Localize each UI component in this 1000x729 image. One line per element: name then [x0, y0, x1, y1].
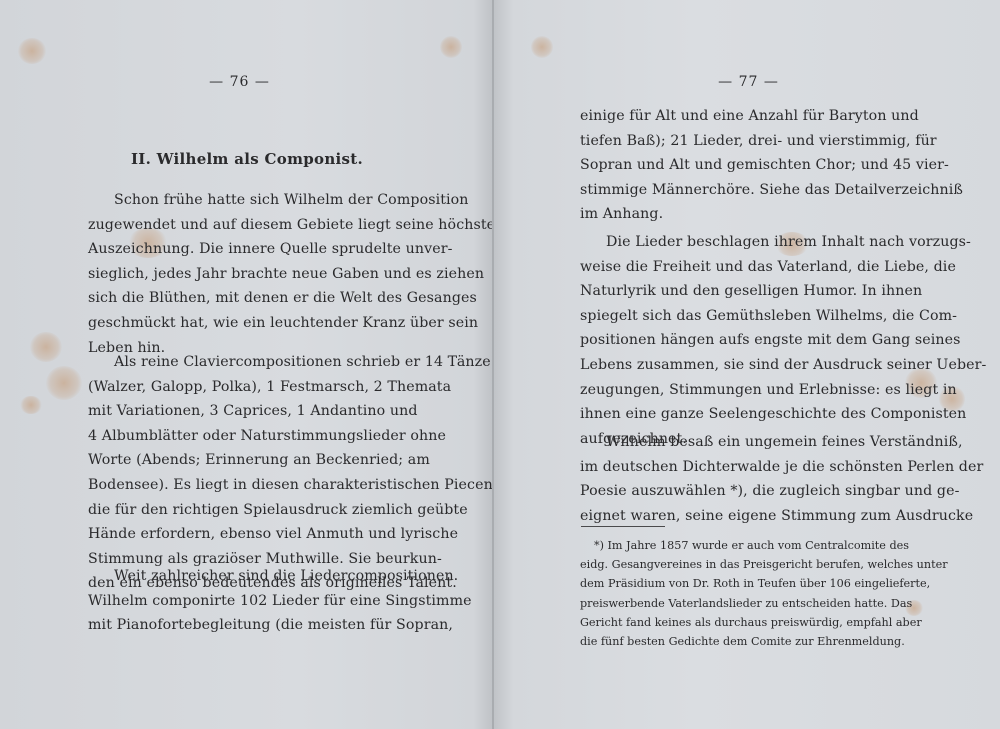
text-line: Sopran und Alt und gemischten Chor; und … — [580, 153, 900, 178]
page-number: — 77 — — [493, 74, 1000, 90]
paragraph: Als reine Claviercompositionen schrieb e… — [88, 350, 406, 596]
text-line: ihnen eine ganze Seelengeschichte des Co… — [580, 402, 900, 427]
text-line: Poesie auszuwählen *), die zugleich sing… — [580, 479, 900, 504]
foxing-stain — [18, 38, 46, 64]
text-line: sich die Blüthen, mit denen er die Welt … — [88, 286, 406, 311]
text-line: spiegelt sich das Gemüthsleben Wilhelms,… — [580, 304, 900, 329]
book-gutter — [492, 0, 494, 729]
text-line: Wilhelm besaß ein ungemein feines Verstä… — [580, 430, 900, 455]
text-line: Die Lieder beschlagen ihrem Inhalt nach … — [580, 230, 900, 255]
chapter-heading: II. Wilhelm als Componist. — [88, 150, 406, 168]
text-line: tiefen Baß); 21 Lieder, drei- und vierst… — [580, 129, 900, 154]
footnote: *) Im Jahre 1857 wurde er auch vom Centr… — [580, 536, 902, 651]
footnote-line: Gericht fand keines als durchaus preiswü… — [580, 613, 902, 632]
paragraph: Die Lieder beschlagen ihrem Inhalt nach … — [580, 230, 900, 451]
paragraph: Wilhelm besaß ein ungemein feines Verstä… — [580, 430, 900, 528]
foxing-stain — [30, 332, 62, 362]
text-line: Weit zahlreicher sind die Liedercomposit… — [88, 564, 406, 589]
foxing-stain — [531, 36, 553, 58]
text-line: Als reine Claviercompositionen schrieb e… — [88, 350, 406, 375]
footnote-line: *) Im Jahre 1857 wurde er auch vom Centr… — [580, 536, 902, 555]
paragraph: Schon frühe hatte sich Wilhelm der Compo… — [88, 188, 406, 360]
text-line: im Anhang. — [580, 202, 900, 227]
text-line: zeugungen, Stimmungen und Erlebnisse: es… — [580, 378, 900, 403]
text-line: sieglich, jedes Jahr brachte neue Gaben … — [88, 262, 406, 287]
foxing-stain — [20, 396, 42, 414]
footnote-line: dem Präsidium von Dr. Roth in Teufen übe… — [580, 574, 902, 593]
text-line: mit Pianofortebegleitung (die meisten fü… — [88, 613, 406, 638]
text-line: Naturlyrik und den geselligen Humor. In … — [580, 279, 900, 304]
right-page: — 77 — einige für Alt und eine Anzahl fü… — [493, 0, 1000, 729]
text-line: eignet waren, seine eigene Stimmung zum … — [580, 504, 900, 529]
text-line: im deutschen Dichterwalde je die schönst… — [580, 455, 900, 480]
text-line: (Walzer, Galopp, Polka), 1 Festmarsch, 2… — [88, 375, 406, 400]
paragraph: Weit zahlreicher sind die Liedercomposit… — [88, 564, 406, 638]
text-line: die für den richtigen Spielausdruck ziem… — [88, 498, 406, 523]
text-line: Wilhelm componirte 102 Lieder für eine S… — [88, 589, 406, 614]
text-line: geschmückt hat, wie ein leuchtender Kran… — [88, 311, 406, 336]
footnote-line: preiswerbende Vaterlandslieder zu entsch… — [580, 594, 902, 613]
footnote-line: eidg. Gesangvereines in das Preisgericht… — [580, 555, 902, 574]
foxing-stain — [46, 366, 82, 400]
book-spread: — 76 — II. Wilhelm als Componist. Schon … — [0, 0, 1000, 729]
paragraph: einige für Alt und eine Anzahl für Baryt… — [580, 104, 900, 227]
foxing-stain — [440, 36, 462, 58]
text-line: weise die Freiheit und das Vaterland, di… — [580, 255, 900, 280]
text-line: positionen hängen aufs engste mit dem Ga… — [580, 328, 900, 353]
text-line: 4 Albumblätter oder Naturstimmungslieder… — [88, 424, 406, 449]
text-line: stimmige Männerchöre. Siehe das Detailve… — [580, 178, 900, 203]
text-line: zugewendet und auf diesem Gebiete liegt … — [88, 213, 406, 238]
text-line: mit Variationen, 3 Caprices, 1 Andantino… — [88, 399, 406, 424]
footnote-divider — [581, 526, 665, 527]
text-line: Auszeichnung. Die innere Quelle sprudelt… — [88, 237, 406, 262]
text-line: Hände erfordern, ebenso viel Anmuth und … — [88, 522, 406, 547]
text-line: einige für Alt und eine Anzahl für Baryt… — [580, 104, 900, 129]
footnote-line: die fünf besten Gedichte dem Comite zur … — [580, 632, 902, 651]
text-line: Worte (Abends; Erinnerung an Beckenried;… — [88, 448, 406, 473]
left-page: — 76 — II. Wilhelm als Componist. Schon … — [0, 0, 493, 729]
text-line: Schon frühe hatte sich Wilhelm der Compo… — [88, 188, 406, 213]
text-line: Lebens zusammen, sie sind der Ausdruck s… — [580, 353, 900, 378]
page-number: — 76 — — [0, 74, 493, 90]
text-line: Bodensee). Es liegt in diesen charakteri… — [88, 473, 406, 498]
